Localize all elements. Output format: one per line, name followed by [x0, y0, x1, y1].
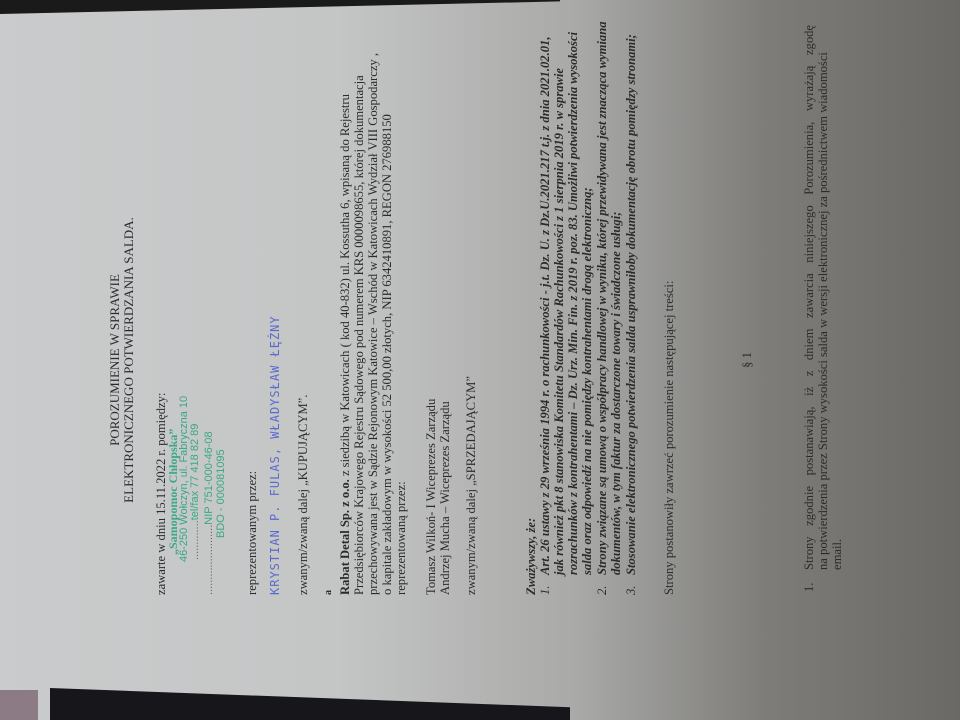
whereas-item-1-line-1: Art. 26 ustawy z 29 września 1994 r. o r…: [538, 37, 552, 575]
whereas-label: Zważywszy, że:: [524, 518, 538, 595]
seller-line-2: Przedsiębiorców Krajowego Rejestru Sądow…: [352, 75, 366, 595]
seller-line-5: reprezentowaną przez:: [394, 481, 408, 595]
seller-line-3: przechowywana jest w Sądzie Rejonowym Ka…: [366, 53, 380, 595]
stamp-bdo: BDO - 000081095: [215, 449, 227, 538]
seller-line-1: Rabat Detal Sp. z o.o. z siedzibą w Kato…: [338, 94, 352, 595]
stamp-nip: .......................NIP 751-000-46-08: [203, 431, 215, 595]
whereas-item-3-line-1: Stosowanie elektronicznego potwierdzenia…: [624, 34, 638, 575]
stamp-phone: .............tel/fax 77 418 82 89: [189, 424, 201, 560]
section-1-item-1-line-1: Strony zgodnie postanawiają, iż z dniem …: [802, 25, 816, 570]
whereas-item-3-num: 3.: [624, 586, 638, 595]
section-1-heading: § 1: [740, 0, 754, 720]
document-title-line-2: ELEKTRONICZNEGO POTWIERDZANIA SALDA.: [122, 0, 136, 720]
rotated-document: POROZUMIENIE W SPRAWIE ELEKTRONICZNEGO P…: [0, 0, 960, 720]
section-1-item-1-line-2: na potwierdzenia przez Strony wysokości …: [816, 52, 830, 570]
seller-line-4: o kapitale zakładowym w wysokości 52 500…: [380, 114, 394, 595]
document-title-line-1: POROZUMIENIE W SPRAWIE: [108, 0, 122, 720]
whereas-item-1-line-4: salda oraz odpowiedź na nie pomiędzy kon…: [580, 187, 594, 575]
whereas-item-1-line-2: jak również pkt 8 stanowiska Komitetu St…: [552, 68, 566, 575]
seller-name: Rabat Detal Sp. z o.o.: [338, 479, 352, 595]
document-page: POROZUMIENIE W SPRAWIE ELEKTRONICZNEGO P…: [0, 0, 960, 720]
buyer-representatives-handwritten: KRYSTIAN P. FULAS, WŁADYSŁAW ŁĘŻNY: [268, 315, 282, 595]
whereas-item-1-num: 1.: [538, 586, 552, 595]
whereas-item-1-line-3: rozrachunków z kontrahentami – Dz. Urz. …: [566, 32, 580, 575]
buyer-called: zwanym/zwaną dalej „KUPUJĄCYM”.: [296, 395, 310, 595]
and-label: a: [322, 590, 336, 595]
whereas-item-2-num: 2.: [595, 586, 609, 595]
buyer-represented-by-label: reprezentowanym przez:: [245, 471, 259, 595]
section-1-item-1-line-3: email.: [830, 539, 844, 570]
whereas-item-2-line-1: Strony związane są umową o współpracy ha…: [595, 22, 609, 576]
seller-called: zwanym/zwaną dalej „SPRZEDAJĄCYM”: [464, 376, 478, 595]
seller-representative-1: Tomasz Wilkoń- I Wiceprezes Zarządu: [424, 399, 438, 595]
agreement-intro: Strony postanowiły zawrzeć porozumienie …: [662, 281, 676, 595]
seller-representative-2: Andrzej Mucha – Wiceprezes Zarządu: [438, 401, 452, 595]
whereas-item-2-line-2: dokumentów, w tym faktur za dostarczone …: [609, 212, 623, 575]
section-1-item-1-num: 1.: [802, 583, 816, 592]
